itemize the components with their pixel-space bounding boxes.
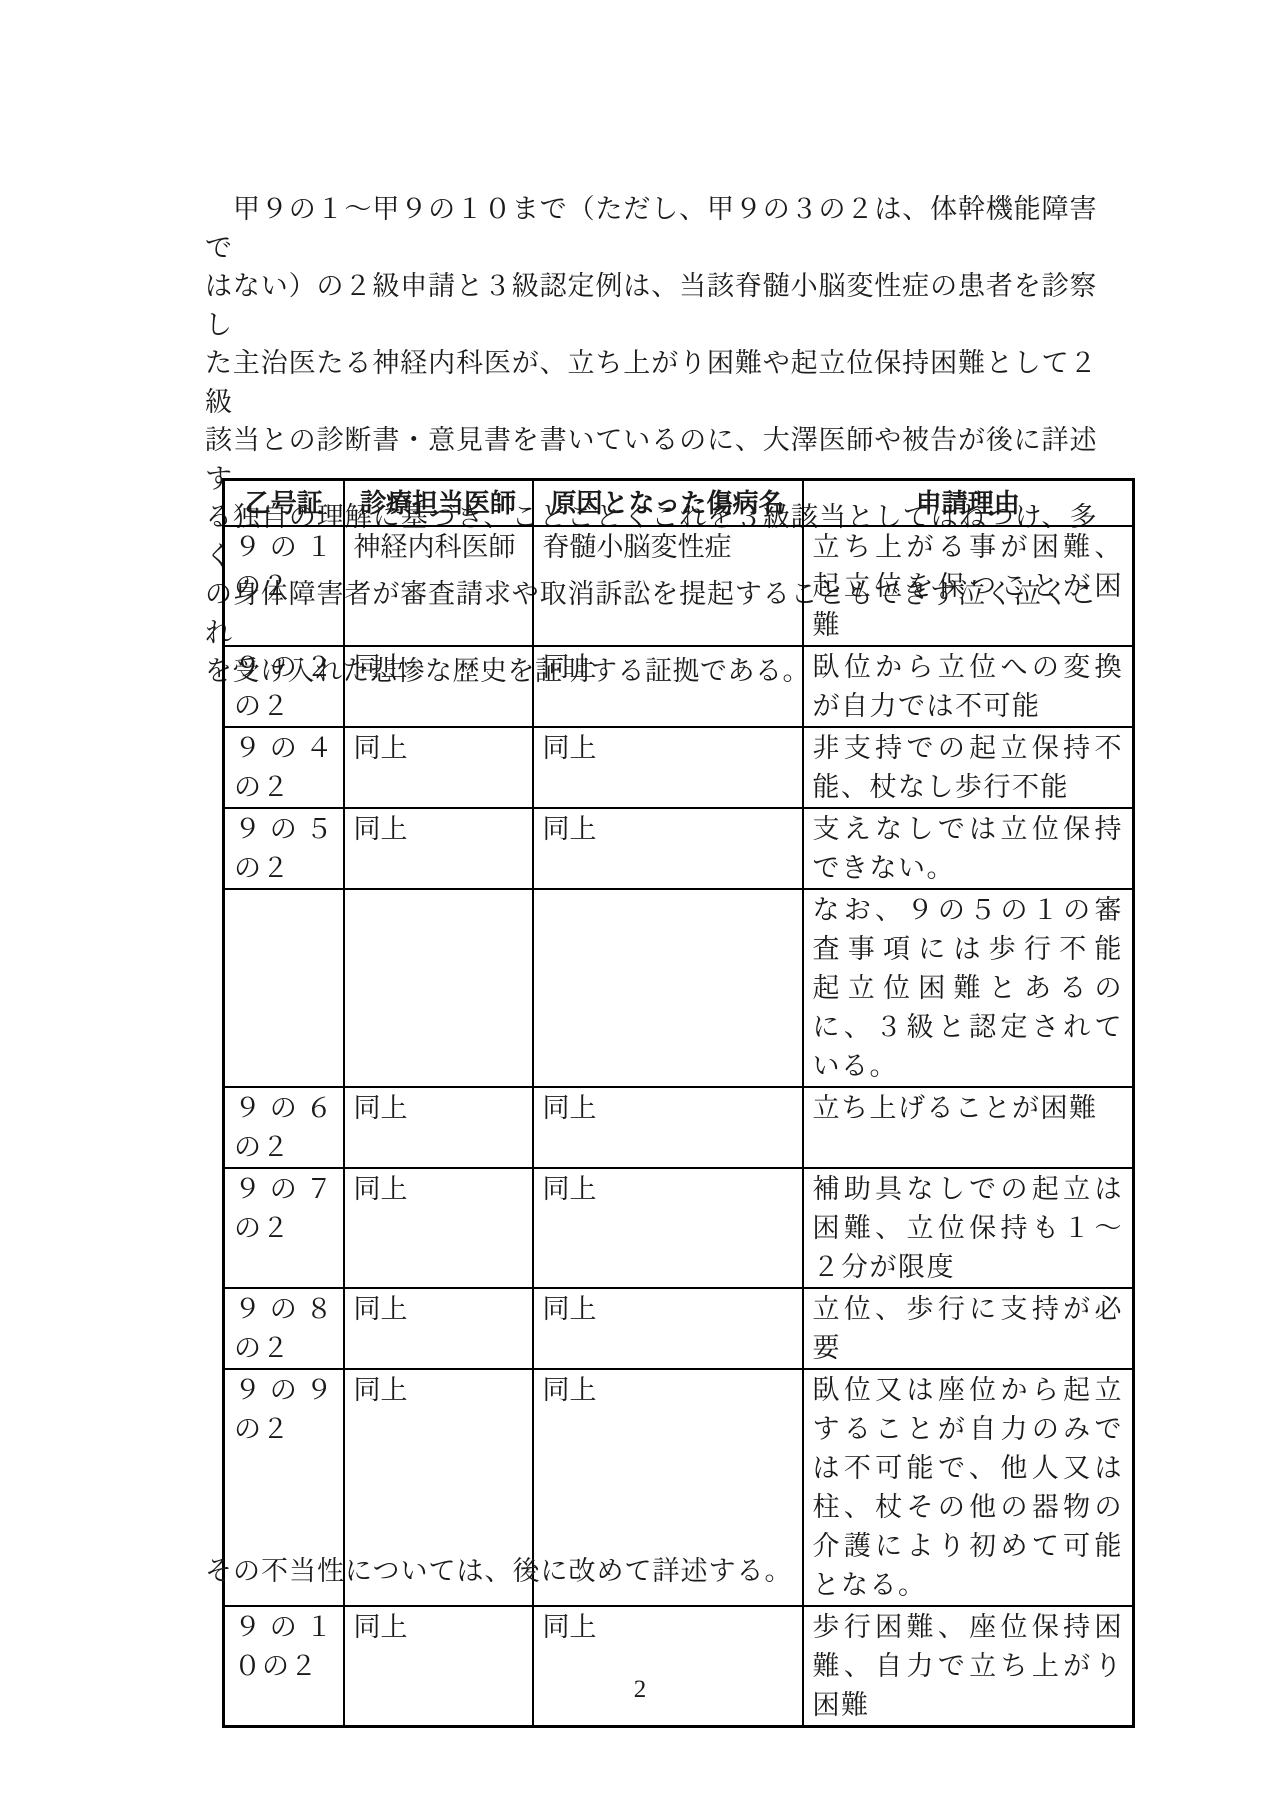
evidence-number-cell: ９ の ４の２ [224, 727, 344, 808]
reason-cell: 立ち上がる事が困難、起立位を保つことが困難 [803, 526, 1134, 646]
evidence-number-cell: ９ の ６の２ [224, 1087, 344, 1168]
evidence-number-line1: ９ の ８ [234, 1290, 334, 1329]
reason-cell: 支えなしでは立位保持できない。 [803, 808, 1134, 889]
header-disease: 原因となった傷病名 [533, 480, 803, 527]
paragraph-line: 甲９の１～甲９の１０まで（ただし、甲９の３の２は、体幹機能障害で [205, 190, 1097, 267]
disease-cell: 脊髄小脳変性症 [533, 526, 803, 646]
reason-cell: なお、９の５の１の審査事項には歩行不能 起立位困難とあるのに、３級と認定されてい… [803, 889, 1134, 1087]
disease-cell: 同上 [533, 1168, 803, 1288]
table-row: ９ の ８の２ 同上 同上 立位、歩行に支持が必要 [224, 1288, 1134, 1369]
disease-cell: 同上 [533, 646, 803, 727]
evidence-number-line2: の２ [234, 1128, 334, 1167]
disease-cell: 同上 [533, 808, 803, 889]
doctor-cell: 同上 [344, 1288, 533, 1369]
evidence-number-cell: ９ の ２の２ [224, 646, 344, 727]
reason-cell: 立ち上げることが困難 [803, 1087, 1134, 1168]
evidence-table: 乙号証 診療担当医師 原因となった傷病名 申請理由 ９ の １の２ 神経内科医師… [222, 478, 1135, 1728]
page-number: 2 [0, 1676, 1280, 1704]
reason-cell: 補助具なしでの起立は困難、立位保持も１～２分が限度 [803, 1168, 1134, 1288]
evidence-number-line1: ９ の ５ [234, 810, 334, 849]
doctor-cell: 同上 [344, 1168, 533, 1288]
evidence-number-line1: ９ の ４ [234, 729, 334, 768]
table-row: ９ の ６の２ 同上 同上 立ち上げることが困難 [224, 1087, 1134, 1168]
evidence-number-line2: の２ [234, 1209, 334, 1248]
doctor-cell: 同上 [344, 1606, 533, 1727]
table-row: ９ の １の２ 神経内科医師 脊髄小脳変性症 立ち上がる事が困難、起立位を保つこ… [224, 526, 1134, 646]
header-evidence-number: 乙号証 [224, 480, 344, 527]
disease-cell: 同上 [533, 727, 803, 808]
evidence-number-line1: ９ の ２ [234, 648, 334, 687]
evidence-number-cell: ９ の ７の２ [224, 1168, 344, 1288]
evidence-number-line1: ９ の ９ [234, 1371, 334, 1410]
table-row: ９ の ７の２ 同上 同上 補助具なしでの起立は困難、立位保持も１～２分が限度 [224, 1168, 1134, 1288]
closing-sentence: その不当性については、後に改めて詳述する。 [205, 1552, 1105, 1591]
evidence-number-cell: ９ の １０の２ [224, 1606, 344, 1727]
doctor-cell: 同上 [344, 808, 533, 889]
table-row: ９ の ２の２ 同上 同上 臥位から立位への変換が自力では不可能 [224, 646, 1134, 727]
evidence-number-cell: ９ の ５の２ [224, 808, 344, 889]
evidence-number-line2: の２ [234, 1410, 334, 1449]
doctor-cell: 同上 [344, 646, 533, 727]
table-row: ９ の ４の２ 同上 同上 非支持での起立保持不能、杖なし歩行不能 [224, 727, 1134, 808]
evidence-number-line2: の２ [234, 1329, 334, 1368]
evidence-number-line2: の２ [234, 567, 334, 606]
table-header-row: 乙号証 診療担当医師 原因となった傷病名 申請理由 [224, 480, 1134, 527]
disease-cell: 同上 [533, 1087, 803, 1168]
evidence-number-cell: ９ の １の２ [224, 526, 344, 646]
evidence-number-line2: の２ [234, 768, 334, 807]
table-row: なお、９の５の１の審査事項には歩行不能 起立位困難とあるのに、３級と認定されてい… [224, 889, 1134, 1087]
paragraph-line: た主治医たる神経内科医が、立ち上がり困難や起立位保持困難として２級 [205, 344, 1097, 421]
reason-cell: 歩行困難、座位保持困難、自力で立ち上がり困難 [803, 1606, 1134, 1727]
reason-cell: 非支持での起立保持不能、杖なし歩行不能 [803, 727, 1134, 808]
reason-cell: 臥位から立位への変換が自力では不可能 [803, 646, 1134, 727]
paragraph-line: はない）の２級申請と３級認定例は、当該脊髄小脳変性症の患者を診察し [205, 267, 1097, 344]
evidence-number-cell [224, 889, 344, 1087]
disease-cell: 同上 [533, 1288, 803, 1369]
table-row: ９ の ５の２ 同上 同上 支えなしでは立位保持できない。 [224, 808, 1134, 889]
disease-cell: 同上 [533, 1606, 803, 1727]
evidence-number-line1: ９ の １ [234, 528, 334, 567]
doctor-cell [344, 889, 533, 1087]
evidence-number-line2: の２ [234, 687, 334, 726]
header-reason: 申請理由 [803, 480, 1134, 527]
evidence-number-line1: ９ の ７ [234, 1170, 334, 1209]
doctor-cell: 神経内科医師 [344, 526, 533, 646]
doctor-cell: 同上 [344, 727, 533, 808]
table-row: ９ の １０の２ 同上 同上 歩行困難、座位保持困難、自力で立ち上がり困難 [224, 1606, 1134, 1727]
disease-cell [533, 889, 803, 1087]
evidence-number-line2: の２ [234, 849, 334, 888]
header-doctor: 診療担当医師 [344, 480, 533, 527]
evidence-number-line1: ９ の ６ [234, 1089, 334, 1128]
evidence-number-cell: ９ の ８の２ [224, 1288, 344, 1369]
evidence-number-line1: ９ の １ [234, 1608, 334, 1647]
reason-cell: 立位、歩行に支持が必要 [803, 1288, 1134, 1369]
doctor-cell: 同上 [344, 1087, 533, 1168]
